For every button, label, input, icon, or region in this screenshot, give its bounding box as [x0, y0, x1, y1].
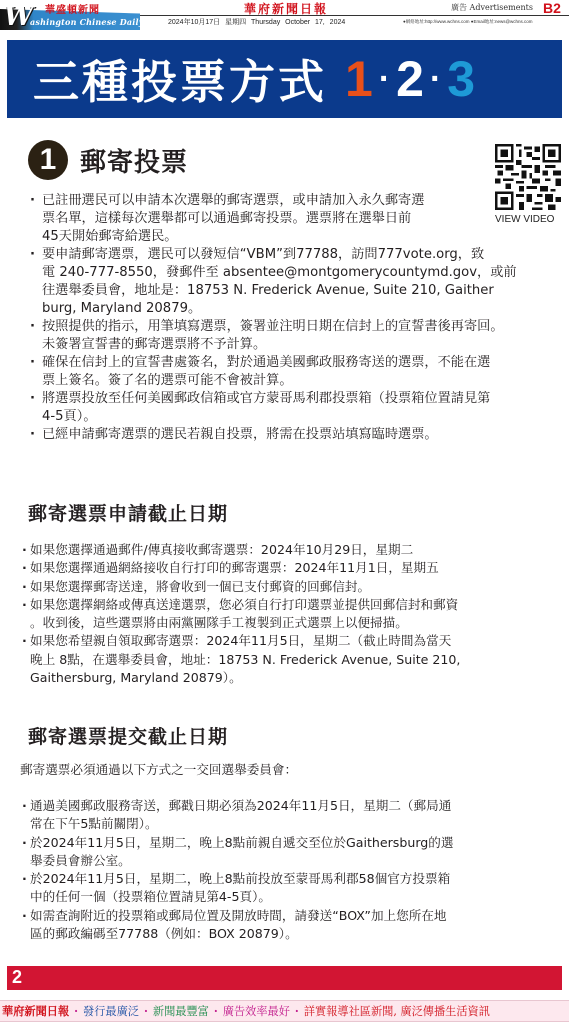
list-item: 如果您選擇郵寄送達，將會收到一個已支付郵資的回郵信封。 [22, 578, 567, 596]
section-mail-voting-header: 1 郵寄投票 [28, 140, 188, 180]
banner-number-1: 1 [345, 51, 373, 107]
logo-chinese-name: 華盛頓新聞 [45, 1, 100, 16]
page-code: B2 [543, 0, 561, 16]
list-item: 已註冊選民可以申請本次選舉的郵寄選票，或申請加入永久郵寄選 票名單，這樣每次選舉… [30, 192, 569, 246]
list-item: 確保在信封上的宣誓書處簽名，對於通過美國郵政服務寄送的選票，不能在選 票上簽名。… [30, 354, 569, 390]
submission-method-list: 通過美國郵政服務寄送，郵戳日期必須為2024年11月5日，星期二（郵局通 常在下… [22, 797, 567, 943]
logo-english-name: ashington Chinese Daily News [30, 17, 140, 27]
banner-dot: · [430, 60, 441, 98]
list-item: 按照提供的指示，用筆填寫選票，簽署並注明日期在信封上的宣誓書後再寄回。 未簽署宣… [30, 318, 569, 354]
banner-dot: · [379, 60, 390, 98]
footer-separator: · [214, 1004, 218, 1018]
list-item: 要申請郵寄選票，選民可以發短信“VBM”到77788，訪問777vote.org… [30, 246, 569, 318]
list-item: 於2024年11月5日，星期二，晚上8點前親自遞交至位於Gaithersburg… [22, 834, 567, 871]
footer-separator: · [74, 1004, 78, 1018]
newspaper-logo: W 華盛頓新聞 ashington Chinese Daily News [0, 0, 140, 30]
footer-slogan: 廣告效率最好 [223, 1003, 290, 1019]
masthead: W 華盛頓新聞 ashington Chinese Daily News 華府新… [0, 0, 569, 30]
banner-title: 三種投票方式 [33, 46, 327, 112]
footer-slogan: 新聞最豐富 [153, 1003, 209, 1019]
number-one-circle-icon: 1 [28, 140, 68, 180]
banner-number-2: 2 [396, 51, 424, 107]
list-item: 如果您選擇通過網絡接收自行打印的郵寄選票：2024年11月1日，星期五 [22, 559, 567, 577]
application-deadline-heading: 郵寄選票申請截止日期 [28, 499, 228, 526]
footer-slogan: 發行最廣泛 [83, 1003, 139, 1019]
page-number: 2 [12, 967, 22, 988]
footer-separator: · [144, 1004, 148, 1018]
list-item: 如需查詢附近的投票箱或郵局位置及開放時間，請發送“BOX”加上您所在地 區的郵政… [22, 907, 567, 944]
contact-line: ●網絡地址:http://www.wchns.com ●Email地址:news… [403, 19, 533, 25]
list-item: 通過美國郵政服務寄送，郵戳日期必須為2024年11月5日，星期二（郵局通 常在下… [22, 797, 567, 834]
issue-date: 2024年10月17日 星期四 Thursday October 17, 202… [168, 17, 345, 27]
footer-separator: · [295, 1004, 299, 1018]
mail-voting-bullet-list: 已註冊選民可以申請本次選舉的郵寄選票，或申請加入永久郵寄選 票名單，這樣每次選舉… [30, 192, 569, 444]
footer-slogan: 詳實報導社區新聞, 廣泛傳播生活資訊 [304, 1003, 490, 1019]
banner-numbers: 1·2·3 [345, 50, 475, 108]
page-number-strip: 2 [7, 966, 562, 990]
list-item: 如果您選擇網絡或傳真送達選票，您必須自行打印選票並提供回郵信封和郵資 。收到後，… [22, 596, 567, 633]
submission-intro: 郵寄選票必須通過以下方式之一交回選舉委員會： [20, 759, 297, 778]
list-item: 如果您選擇通過郵件/傳真接收郵寄選票：2024年10月29日，星期二 [22, 541, 567, 559]
masthead-divider [140, 15, 569, 16]
list-item: 已經申請郵寄選票的選民若親自投票，將需在投票站填寫臨時選票。 [30, 426, 569, 444]
logo-letter: W [4, 2, 33, 30]
advertisements-label: 廣告 Advertisements [451, 2, 533, 13]
list-item: 將選票投放至任何美國郵政信箱或官方蒙哥馬利郡投票箱（投票箱位置請見第 4-5頁）… [30, 390, 569, 426]
list-item: 如果您希望親自領取郵寄選票：2024年11月5日，星期二（截止時間為當天 晚上 … [22, 632, 567, 687]
section-title: 郵寄投票 [80, 142, 188, 179]
list-item: 於2024年11月5日，星期二，晚上8點前投放至蒙哥馬利郡58個官方投票箱 中的… [22, 870, 567, 907]
application-deadline-list: 如果您選擇通過郵件/傳真接收郵寄選票：2024年10月29日，星期二 如果您選擇… [22, 541, 567, 687]
footer-newspaper-name: 華府新聞日報 [2, 1003, 69, 1019]
footer-slogan-bar: 華府新聞日報 · 發行最廣泛 · 新聞最豐富 · 廣告效率最好 · 詳實報導社區… [0, 1000, 569, 1022]
banner-number-3: 3 [447, 51, 475, 107]
submission-deadline-heading: 郵寄選票提交截止日期 [28, 722, 228, 749]
title-banner: 三種投票方式 1·2·3 [7, 40, 562, 118]
